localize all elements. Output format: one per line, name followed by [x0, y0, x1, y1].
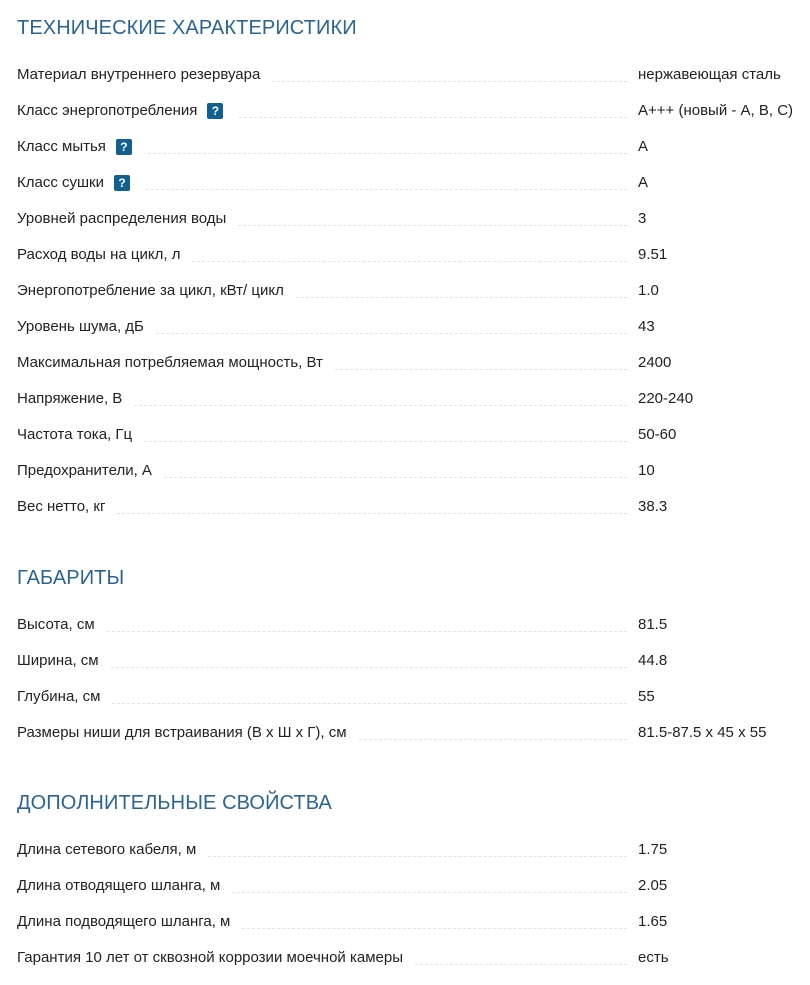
spec-label: Гарантия 10 лет от сквозной коррозии мое…: [17, 949, 411, 967]
section-title-additional-properties: ДОПОЛНИТЕЛЬНЫЕ СВОЙСТВА: [17, 791, 810, 815]
spec-row: Класс энергопотребления?A+++ (новый - A,…: [17, 102, 810, 138]
spec-list: Длина сетевого кабеля, м1.75Длина отводя…: [17, 841, 810, 985]
spec-value: A: [638, 138, 648, 156]
dotted-leader: [112, 703, 627, 704]
spec-label: Класс сушки?: [17, 174, 142, 192]
spec-row: Глубина, см55: [17, 688, 810, 724]
dotted-leader: [238, 225, 627, 226]
spec-row: Вес нетто, кг38.3: [17, 498, 810, 534]
spec-label-wrap: Класс мытья?: [17, 138, 627, 156]
spec-label-wrap: Длина подводящего шланга, м: [17, 913, 627, 931]
spec-label: Длина отводящего шланга, м: [17, 877, 228, 895]
section-title-technical-specs: ТЕХНИЧЕСКИЕ ХАРАКТЕРИСТИКИ: [17, 16, 810, 40]
spec-value: 1.0: [638, 282, 659, 300]
spec-value: 3: [638, 210, 646, 228]
dotted-leader: [242, 928, 627, 929]
dotted-leader: [144, 441, 627, 442]
spec-list: Высота, см81.5Ширина, см44.8Глубина, см5…: [17, 616, 810, 760]
spec-label: Класс энергопотребления?: [17, 102, 235, 120]
spec-value: 220-240: [638, 390, 693, 408]
spec-value: 1.75: [638, 841, 667, 859]
spec-label-wrap: Расход воды на цикл, л: [17, 246, 627, 264]
dotted-leader: [156, 333, 627, 334]
spec-label-wrap: Класс сушки?: [17, 174, 627, 192]
spec-label-wrap: Класс энергопотребления?: [17, 102, 627, 120]
spec-row: Материал внутреннего резервуаранержавеющ…: [17, 66, 810, 102]
spec-row: Гарантия 10 лет от сквозной коррозии мое…: [17, 949, 810, 985]
dotted-leader: [232, 892, 627, 893]
spec-label-wrap: Глубина, см: [17, 688, 627, 706]
dotted-leader: [134, 405, 627, 406]
section-technical-specs: ТЕХНИЧЕСКИЕ ХАРАКТЕРИСТИКИ Материал внут…: [17, 16, 810, 534]
dotted-leader: [117, 513, 627, 514]
spec-label: Энергопотребление за цикл, кВт/ цикл: [17, 282, 292, 300]
question-icon[interactable]: ?: [114, 175, 130, 191]
spec-value: 50-60: [638, 426, 676, 444]
spec-label: Вес нетто, кг: [17, 498, 113, 516]
dotted-leader: [107, 631, 627, 632]
spec-row: Уровней распределения воды3: [17, 210, 810, 246]
spec-label-wrap: Размеры ниши для встраивания (В x Ш x Г)…: [17, 724, 627, 742]
spec-label: Частота тока, Гц: [17, 426, 140, 444]
spec-row: Размеры ниши для встраивания (В x Ш x Г)…: [17, 724, 810, 760]
spec-label: Предохранители, А: [17, 462, 160, 480]
spec-value: 10: [638, 462, 655, 480]
spec-label-text: Класс сушки: [17, 174, 104, 191]
spec-row: Напряжение, В220-240: [17, 390, 810, 426]
dotted-leader: [335, 369, 627, 370]
spec-label-wrap: Уровень шума, дБ: [17, 318, 627, 336]
spec-row: Класс мытья?A: [17, 138, 810, 174]
spec-row: Частота тока, Гц50-60: [17, 426, 810, 462]
spec-label-wrap: Энергопотребление за цикл, кВт/ цикл: [17, 282, 627, 300]
spec-row: Расход воды на цикл, л9.51: [17, 246, 810, 282]
spec-label-wrap: Материал внутреннего резервуара: [17, 66, 627, 84]
spec-label: Класс мытья?: [17, 138, 144, 156]
spec-value: есть: [638, 949, 669, 967]
spec-row: Высота, см81.5: [17, 616, 810, 652]
spec-label: Уровней распределения воды: [17, 210, 234, 228]
spec-label: Расход воды на цикл, л: [17, 246, 188, 264]
spec-value: A+++ (новый - A, B, C): [638, 102, 793, 120]
spec-value: 44.8: [638, 652, 667, 670]
spec-row: Предохранители, А10: [17, 462, 810, 498]
spec-value: 55: [638, 688, 655, 706]
spec-label: Максимальная потребляемая мощность, Вт: [17, 354, 331, 372]
spec-label: Ширина, см: [17, 652, 107, 670]
dotted-leader: [111, 667, 627, 668]
spec-value: 2.05: [638, 877, 667, 895]
spec-value: 43: [638, 318, 655, 336]
dotted-leader: [208, 856, 627, 857]
spec-row: Энергопотребление за цикл, кВт/ цикл1.0: [17, 282, 810, 318]
spec-value: 38.3: [638, 498, 667, 516]
spec-label: Длина подводящего шланга, м: [17, 913, 238, 931]
dotted-leader: [272, 81, 627, 82]
dotted-leader: [359, 739, 627, 740]
spec-list: Материал внутреннего резервуаранержавеющ…: [17, 66, 810, 534]
dotted-leader: [192, 261, 627, 262]
spec-label: Материал внутреннего резервуара: [17, 66, 268, 84]
dotted-leader: [148, 153, 627, 154]
section-dimensions: ГАБАРИТЫ Высота, см81.5Ширина, см44.8Глу…: [17, 566, 810, 760]
spec-value: A: [638, 174, 648, 192]
section-additional-properties: ДОПОЛНИТЕЛЬНЫЕ СВОЙСТВА Длина сетевого к…: [17, 791, 810, 985]
dotted-leader: [239, 117, 627, 118]
spec-label-wrap: Напряжение, В: [17, 390, 627, 408]
spec-value: 9.51: [638, 246, 667, 264]
dotted-leader: [415, 964, 627, 965]
spec-label: Уровень шума, дБ: [17, 318, 152, 336]
spec-value: 81.5-87.5 x 45 x 55: [638, 724, 766, 742]
section-title-dimensions: ГАБАРИТЫ: [17, 566, 810, 590]
spec-label-wrap: Длина сетевого кабеля, м: [17, 841, 627, 859]
spec-value: 81.5: [638, 616, 667, 634]
spec-label-text: Класс энергопотребления: [17, 102, 197, 119]
spec-label-wrap: Максимальная потребляемая мощность, Вт: [17, 354, 627, 372]
spec-label-wrap: Высота, см: [17, 616, 627, 634]
spec-label-wrap: Вес нетто, кг: [17, 498, 627, 516]
dotted-leader: [296, 297, 627, 298]
spec-label-wrap: Ширина, см: [17, 652, 627, 670]
spec-label: Высота, см: [17, 616, 103, 634]
spec-value: 2400: [638, 354, 671, 372]
spec-label: Напряжение, В: [17, 390, 130, 408]
spec-value: 1.65: [638, 913, 667, 931]
spec-row: Класс сушки?A: [17, 174, 810, 210]
spec-label-wrap: Уровней распределения воды: [17, 210, 627, 228]
spec-label-wrap: Гарантия 10 лет от сквозной коррозии мое…: [17, 949, 627, 967]
spec-row: Длина отводящего шланга, м2.05: [17, 877, 810, 913]
dotted-leader: [146, 189, 627, 190]
spec-value: нержавеющая сталь: [638, 66, 781, 84]
spec-label-wrap: Длина отводящего шланга, м: [17, 877, 627, 895]
spec-row: Максимальная потребляемая мощность, Вт24…: [17, 354, 810, 390]
spec-label: Длина сетевого кабеля, м: [17, 841, 204, 859]
spec-label-wrap: Частота тока, Гц: [17, 426, 627, 444]
spec-label-text: Класс мытья: [17, 138, 106, 155]
spec-row: Уровень шума, дБ43: [17, 318, 810, 354]
question-icon[interactable]: ?: [116, 139, 132, 155]
spec-label-wrap: Предохранители, А: [17, 462, 627, 480]
spec-row: Длина сетевого кабеля, м1.75: [17, 841, 810, 877]
spec-row: Длина подводящего шланга, м1.65: [17, 913, 810, 949]
question-icon[interactable]: ?: [207, 103, 223, 119]
spec-label: Размеры ниши для встраивания (В x Ш x Г)…: [17, 724, 355, 742]
dotted-leader: [164, 477, 627, 478]
spec-row: Ширина, см44.8: [17, 652, 810, 688]
spec-label: Глубина, см: [17, 688, 108, 706]
